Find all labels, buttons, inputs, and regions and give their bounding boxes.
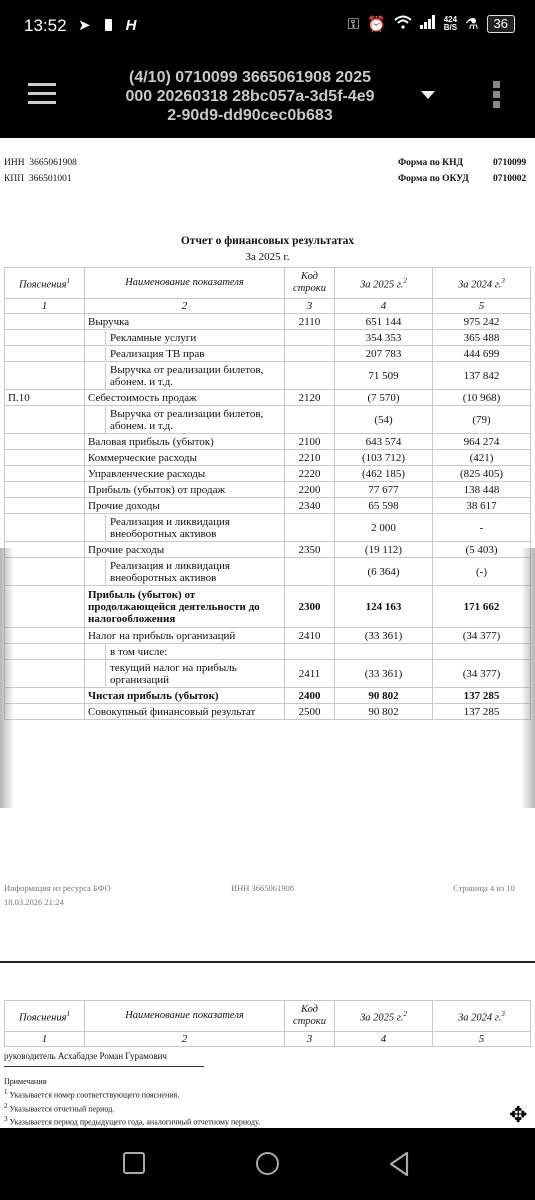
- notes-section: Примечания 1 Указывается номер соответст…: [4, 1076, 260, 1128]
- cell-note: [5, 542, 85, 558]
- battery-icon: 36: [487, 15, 515, 33]
- cell-note: [5, 586, 85, 628]
- cell-indicator-name: Рекламные услуги: [85, 330, 285, 346]
- signer: руководитель Асхабадзе Роман Гурамович: [4, 1051, 167, 1061]
- cell-line-code: 2300: [285, 586, 335, 628]
- column-number-row: 1 2 3 4 5: [5, 1032, 531, 1047]
- recents-square-icon[interactable]: [123, 1152, 145, 1174]
- document-viewer[interactable]: ИНН 3665061908 КПП 366501001 Форма по КН…: [0, 138, 535, 1128]
- cell-note: [5, 362, 85, 390]
- cell-line-code: [285, 346, 335, 362]
- cell-indicator-name: в том числе:: [85, 644, 285, 660]
- cell-note: [5, 704, 85, 720]
- cell-value-2025: (6 364): [335, 558, 433, 586]
- cell-value-2025: 90 802: [335, 688, 433, 704]
- cell-indicator-name: Прочие доходы: [85, 498, 285, 514]
- status-bar: 13:52 ➤ H ⚿ ⏰ 424 B/S ⚗ 36: [0, 0, 535, 55]
- cell-note: [5, 628, 85, 644]
- cell-value-2024: 444 699: [433, 346, 531, 362]
- cell-value-2025: 354 353: [335, 330, 433, 346]
- document-title: (4/10) 0710099 3665061908 2025 000 20260…: [110, 68, 390, 125]
- cell-value-2024: (34 377): [433, 628, 531, 644]
- cell-line-code: [285, 330, 335, 346]
- wifi-icon: [394, 15, 412, 33]
- table-row: Чистая прибыль (убыток)240090 802137 285: [5, 688, 531, 704]
- cell-value-2025: 651 144: [335, 314, 433, 330]
- cell-line-code: [285, 558, 335, 586]
- cell-value-2025: 65 598: [335, 498, 433, 514]
- cell-line-code: 2120: [285, 390, 335, 406]
- cell-line-code: 2200: [285, 482, 335, 498]
- cell-value-2025: (19 112): [335, 542, 433, 558]
- cell-value-2024: 964 274: [433, 434, 531, 450]
- inn-field: ИНН 3665061908: [4, 158, 77, 168]
- kebab-menu-icon[interactable]: [493, 81, 501, 111]
- cell-indicator-name: Прочие расходы: [85, 542, 285, 558]
- cell-value-2024: (10 968): [433, 390, 531, 406]
- cell-line-code: 2350: [285, 542, 335, 558]
- cell-line-code: [285, 514, 335, 542]
- knd-label: Форма по КНД: [398, 158, 463, 168]
- hamburger-icon[interactable]: [28, 83, 56, 105]
- report-title: Отчет о финансовых результатах: [0, 235, 535, 247]
- cell-value-2025: (462 185): [335, 466, 433, 482]
- cell-note: [5, 644, 85, 660]
- cell-indicator-name: Себестоимость продаж: [85, 390, 285, 406]
- cell-note: [5, 482, 85, 498]
- cell-note: П.10: [5, 390, 85, 406]
- cell-indicator-name: Выручка: [85, 314, 285, 330]
- cell-value-2025: 124 163: [335, 586, 433, 628]
- cell-value-2024: [433, 644, 531, 660]
- table-row: Реализация ТВ прав207 783444 699: [5, 346, 531, 362]
- cell-value-2024: (421): [433, 450, 531, 466]
- network-speed-icon: 424 B/S: [444, 16, 457, 32]
- financial-results-table: Пояснения1 Наименование показателя Кодст…: [4, 267, 531, 720]
- cell-value-2024: -: [433, 514, 531, 542]
- cell-value-2024: (5 403): [433, 542, 531, 558]
- cell-note: [5, 314, 85, 330]
- cell-value-2025: 90 802: [335, 704, 433, 720]
- cell-value-2025: 71 509: [335, 362, 433, 390]
- notes-title: Примечания: [4, 1076, 260, 1087]
- col-header-notes: Пояснения1: [5, 268, 85, 299]
- cell-line-code: 2100: [285, 434, 335, 450]
- cell-line-code: 2220: [285, 466, 335, 482]
- cell-note: [5, 434, 85, 450]
- footer-source: Информация из ресурса БФО: [4, 883, 111, 893]
- cell-indicator-name: Налог на прибыль организаций: [85, 628, 285, 644]
- cell-line-code: 2400: [285, 688, 335, 704]
- cell-indicator-name: Выручка от реализации билетов, абонем. и…: [85, 362, 285, 390]
- table-row: Прибыль (убыток) от продаж220077 677138 …: [5, 482, 531, 498]
- cell-note: [5, 450, 85, 466]
- col-header-2025: За 2025 г.2: [335, 268, 433, 299]
- vpn-key-icon: ⚿: [348, 16, 359, 33]
- cell-line-code: [285, 362, 335, 390]
- cell-value-2024: 138 448: [433, 482, 531, 498]
- home-circle-icon[interactable]: [256, 1152, 279, 1175]
- cell-indicator-name: Коммерческие расходы: [85, 450, 285, 466]
- cell-value-2025: [335, 644, 433, 660]
- cell-indicator-name: Прибыль (убыток) от продолжающейся деяте…: [85, 586, 285, 628]
- cell-line-code: 2500: [285, 704, 335, 720]
- cell-value-2024: 365 488: [433, 330, 531, 346]
- col-header-code: Кодстроки: [285, 268, 335, 299]
- cell-indicator-name: Реализация и ликвидация внеоборотных акт…: [85, 514, 285, 542]
- dropdown-arrow-icon[interactable]: [421, 91, 435, 99]
- cell-line-code: 2210: [285, 450, 335, 466]
- cell-value-2025: 77 677: [335, 482, 433, 498]
- cell-value-2025: 643 574: [335, 434, 433, 450]
- okud-label: Форма по ОКУД: [398, 174, 469, 184]
- cell-value-2024: 137 285: [433, 688, 531, 704]
- cell-note: [5, 346, 85, 362]
- note-item: 1 Указывается номер соответствующего поя…: [4, 1087, 260, 1101]
- cell-value-2025: 2 000: [335, 514, 433, 542]
- cell-indicator-name: Валовая прибыль (убыток): [85, 434, 285, 450]
- cell-value-2024: (34 377): [433, 660, 531, 688]
- cell-line-code: 2411: [285, 660, 335, 688]
- cell-value-2024: (79): [433, 406, 531, 434]
- cell-line-code: 2110: [285, 314, 335, 330]
- cell-note: [5, 688, 85, 704]
- cell-value-2024: 975 242: [433, 314, 531, 330]
- clock: 13:52: [24, 16, 67, 36]
- table-header-row: Пояснения1 Наименование показателя Кодст…: [5, 1001, 531, 1032]
- signal-icon: [420, 15, 436, 33]
- page-separator: [0, 961, 535, 963]
- cell-indicator-name: Выручка от реализации билетов, абонем. и…: [85, 406, 285, 434]
- cell-value-2024: 137 285: [433, 704, 531, 720]
- table-row: Реализация и ликвидация внеоборотных акт…: [5, 514, 531, 542]
- cell-indicator-name: Реализация ТВ прав: [85, 346, 285, 362]
- h-app-icon: H: [126, 17, 137, 34]
- cell-note: [5, 660, 85, 688]
- cell-indicator-name: Чистая прибыль (убыток): [85, 688, 285, 704]
- table-row: Налог на прибыль организаций2410(33 361)…: [5, 628, 531, 644]
- table-row: Реализация и ликвидация внеоборотных акт…: [5, 558, 531, 586]
- battery-saver-icon: [105, 19, 112, 31]
- table-header-row: Пояснения1 Наименование показателя Кодст…: [5, 268, 531, 299]
- financial-results-table-continued: Пояснения1 Наименование показателя Кодст…: [4, 1000, 531, 1047]
- okud-value: 0710002: [493, 174, 526, 184]
- cell-value-2024: 38 617: [433, 498, 531, 514]
- lab-icon: ⚗: [465, 15, 478, 33]
- footer-page: Страница 4 из 10: [453, 883, 515, 893]
- cell-line-code: 2340: [285, 498, 335, 514]
- cell-indicator-name: Реализация и ликвидация внеоборотных акт…: [85, 558, 285, 586]
- col-header-code: Кодстроки: [285, 1001, 335, 1032]
- back-triangle-icon[interactable]: [388, 1151, 410, 1182]
- col-header-name: Наименование показателя: [85, 268, 285, 299]
- table-row: П.10Себестоимость продаж2120(7 570)(10 9…: [5, 390, 531, 406]
- telegram-icon: ➤: [78, 16, 91, 34]
- app-bar: (4/10) 0710099 3665061908 2025 000 20260…: [0, 55, 535, 138]
- cell-value-2025: (103 712): [335, 450, 433, 466]
- cell-note: [5, 498, 85, 514]
- table-row: Прибыль (убыток) от продолжающейся деяте…: [5, 586, 531, 628]
- cell-line-code: 2410: [285, 628, 335, 644]
- cell-value-2024: 171 662: [433, 586, 531, 628]
- cell-indicator-name: Управленческие расходы: [85, 466, 285, 482]
- table-row: Выручка от реализации билетов, абонем. и…: [5, 362, 531, 390]
- footer-inn: ИНН 3665061908: [231, 883, 294, 893]
- cell-note: [5, 406, 85, 434]
- move-arrows-icon[interactable]: ✥: [509, 1104, 527, 1126]
- table-row: Выручка от реализации билетов, абонем. и…: [5, 406, 531, 434]
- knd-value: 0710099: [493, 158, 526, 168]
- col-header-2025: За 2025 г.2: [335, 1001, 433, 1032]
- cell-indicator-name: текущий налог на прибыль организаций: [85, 660, 285, 688]
- col-header-2024: За 2024 г.3: [433, 268, 531, 299]
- cell-value-2024: (-): [433, 558, 531, 586]
- col-header-notes: Пояснения1: [5, 1001, 85, 1032]
- cell-value-2025: 207 783: [335, 346, 433, 362]
- cell-value-2025: (54): [335, 406, 433, 434]
- table-row: Совокупный финансовый результат250090 80…: [5, 704, 531, 720]
- cell-value-2024: 137 842: [433, 362, 531, 390]
- kpp-field: КПП 366501001: [4, 174, 72, 184]
- cell-note: [5, 330, 85, 346]
- cell-value-2025: (7 570): [335, 390, 433, 406]
- cell-indicator-name: Прибыль (убыток) от продаж: [85, 482, 285, 498]
- note-item: 2 Указывается отчетный период.: [4, 1101, 260, 1115]
- table-row: в том числе:: [5, 644, 531, 660]
- cell-note: [5, 466, 85, 482]
- table-row: Рекламные услуги354 353365 488: [5, 330, 531, 346]
- table-row: Выручка2110651 144975 242: [5, 314, 531, 330]
- note-item: 3 Указывается период предыдущего года, а…: [4, 1114, 260, 1128]
- cell-indicator-name: Совокупный финансовый результат: [85, 704, 285, 720]
- table-row: Прочие доходы234065 59838 617: [5, 498, 531, 514]
- cell-note: [5, 558, 85, 586]
- footer-datetime: 18.03.2026 21:24: [4, 897, 64, 907]
- cell-line-code: [285, 406, 335, 434]
- table-row: Прочие расходы2350(19 112)(5 403): [5, 542, 531, 558]
- cell-note: [5, 514, 85, 542]
- col-header-2024: За 2024 г.3: [433, 1001, 531, 1032]
- table-row: Коммерческие расходы2210(103 712)(421): [5, 450, 531, 466]
- alarm-icon: ⏰: [367, 15, 386, 33]
- table-row: текущий налог на прибыль организаций2411…: [5, 660, 531, 688]
- column-number-row: 1 2 3 4 5: [5, 299, 531, 314]
- cell-value-2025: (33 361): [335, 660, 433, 688]
- col-header-name: Наименование показателя: [85, 1001, 285, 1032]
- cell-value-2024: (825 405): [433, 466, 531, 482]
- signature-line: [4, 1066, 204, 1067]
- navigation-bar: [0, 1128, 535, 1200]
- table-row: Валовая прибыль (убыток)2100643 574964 2…: [5, 434, 531, 450]
- cell-value-2025: (33 361): [335, 628, 433, 644]
- table-row: Управленческие расходы2220(462 185)(825 …: [5, 466, 531, 482]
- report-period: За 2025 г.: [0, 251, 535, 263]
- cell-line-code: [285, 644, 335, 660]
